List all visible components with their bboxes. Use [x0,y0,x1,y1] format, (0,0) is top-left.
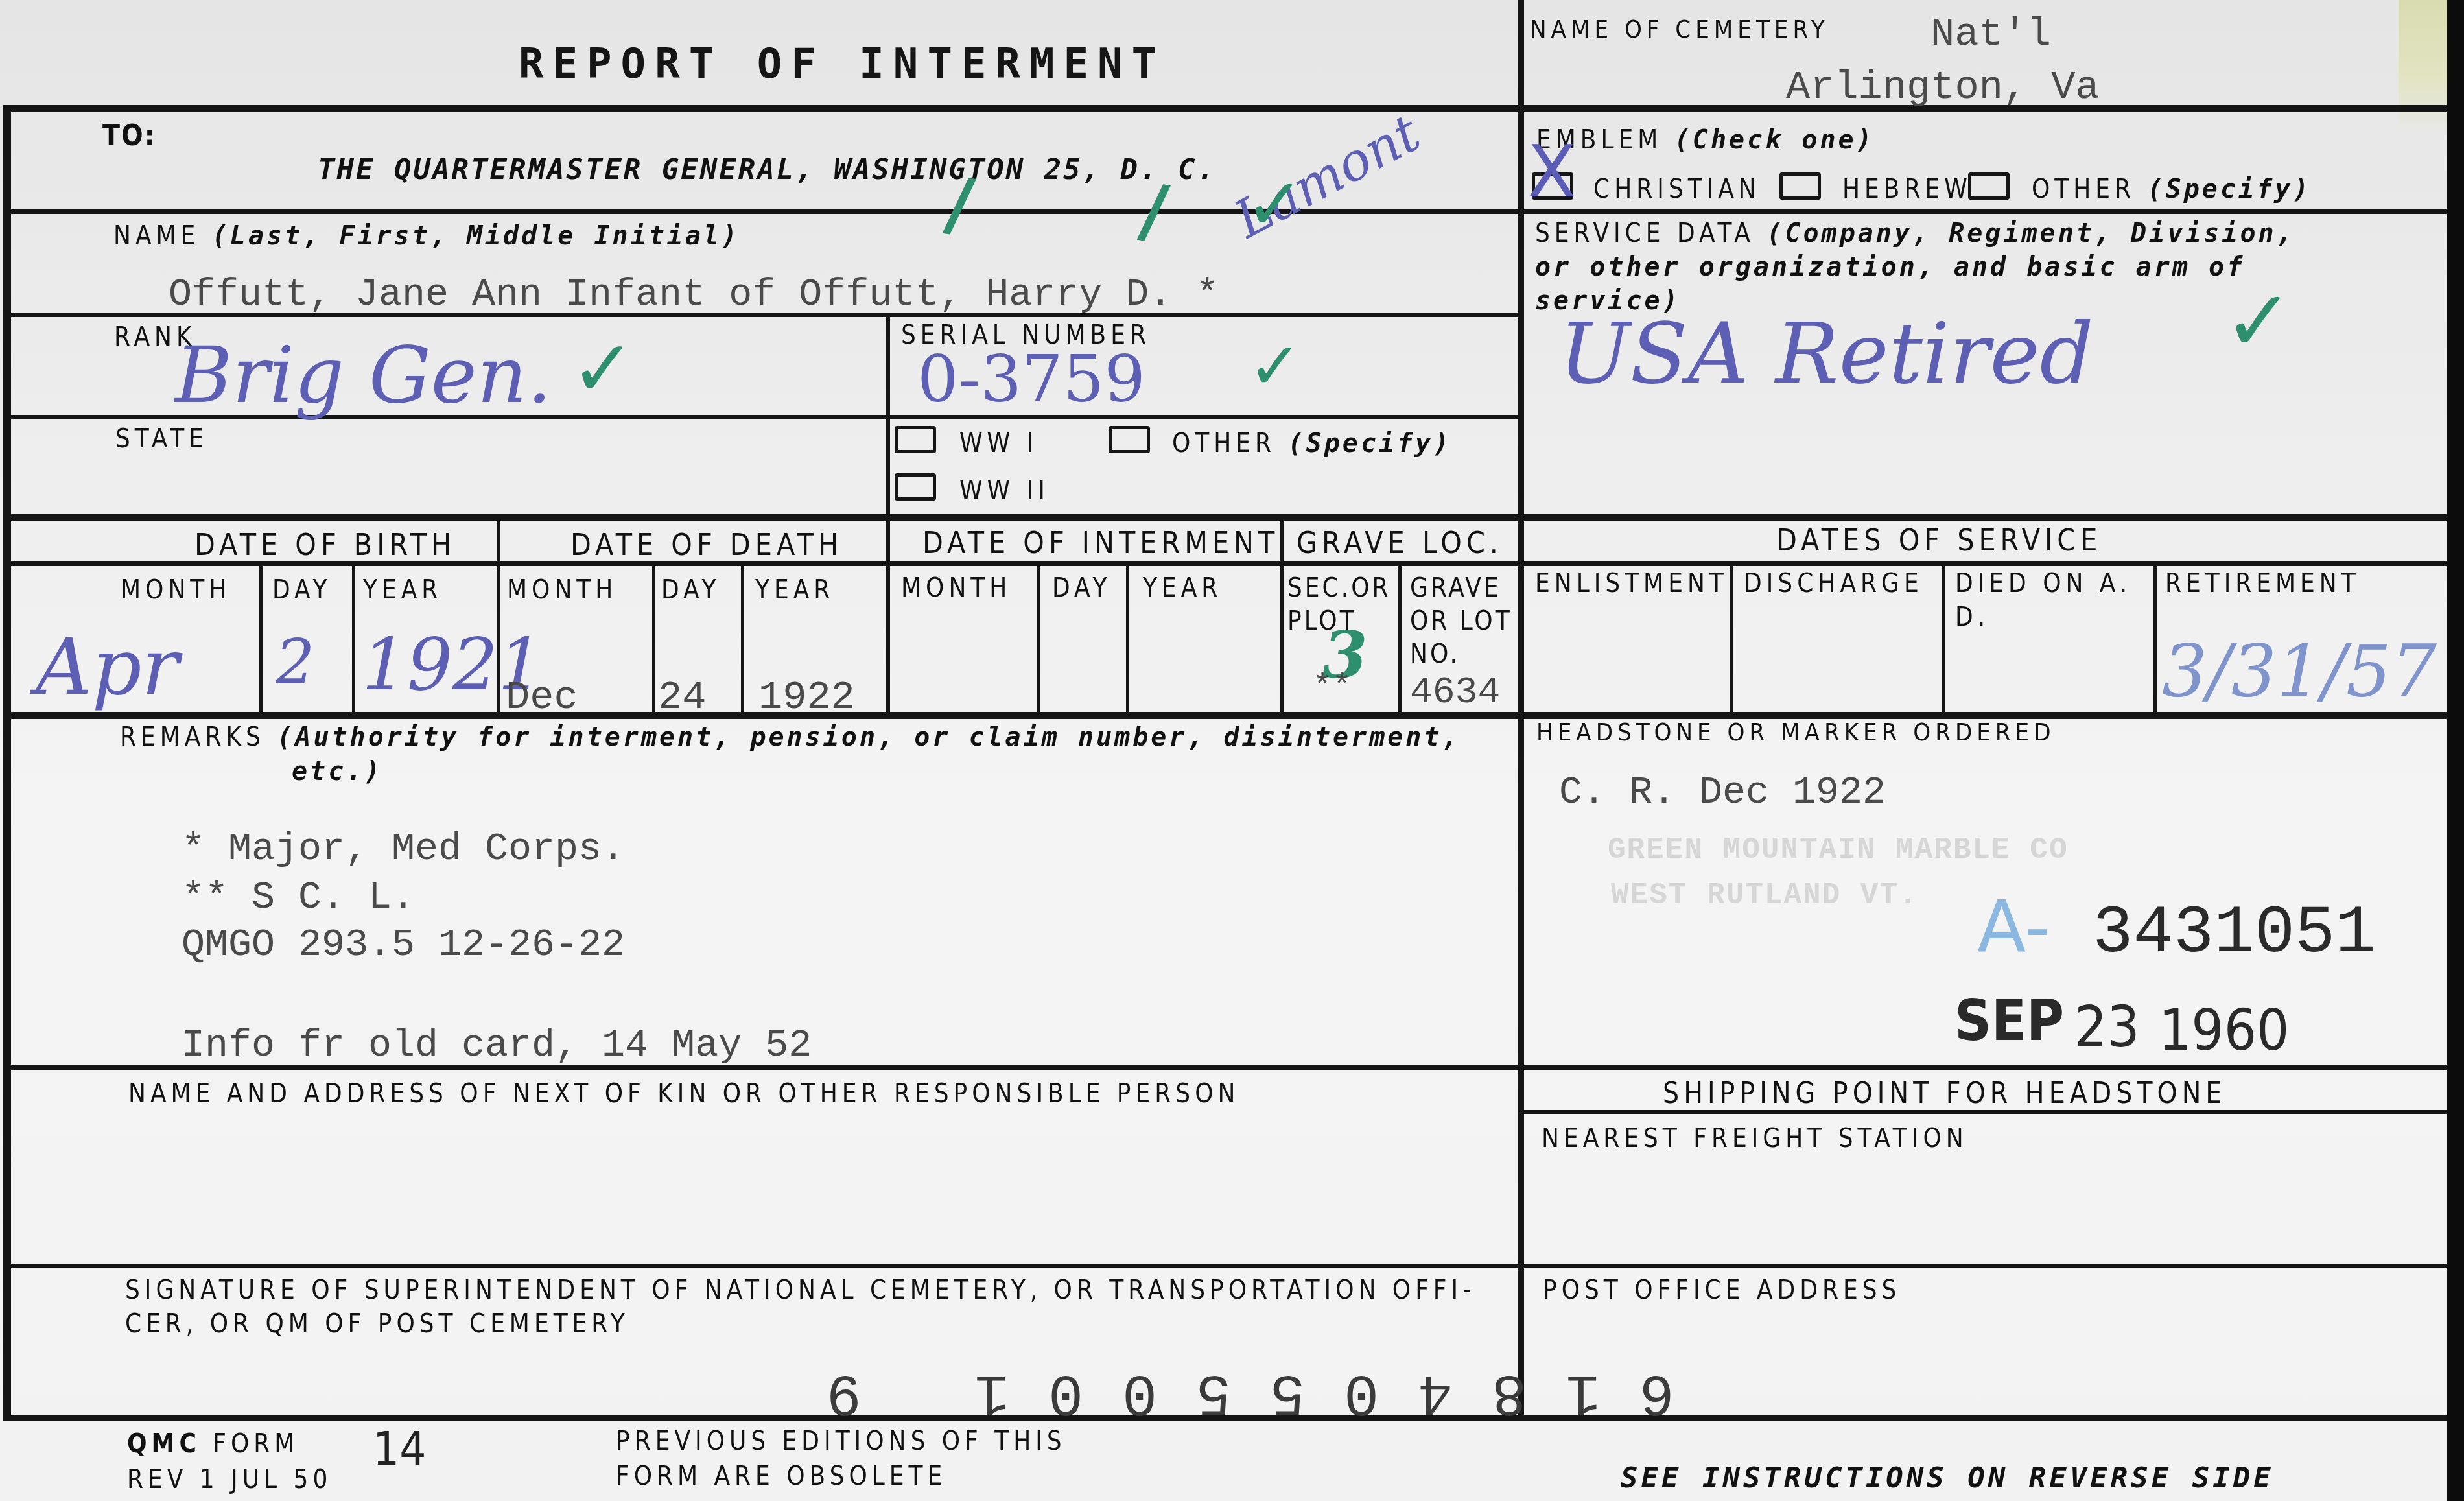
date-of-death-header: DATE OF DEATH [570,530,843,560]
rule [1942,563,1945,715]
rule [1126,563,1129,715]
rule [3,209,2447,214]
date-of-interment-header: DATE OF INTERMENT [922,528,1279,558]
cemetery-label: NAME OF CEMETERY [1530,17,1829,41]
emblem-label: EMBLEM (Check one) [1536,127,1875,153]
faint-stamp-line1: GREEN MOUNTAIN MARBLE CO [1608,833,2069,867]
dob-month-label: MONTH [121,577,231,603]
inverted-stamp-number: 6184055001 9 [788,1358,1674,1424]
war-other-note: (Specify) [1288,429,1452,458]
headstone-label: HEADSTONE OR MARKER ORDERED [1536,720,2056,744]
form-title: REPORT OF INTERMENT [519,40,1166,88]
rule [3,514,2447,521]
emblem-christian-label: CHRISTIAN [1593,176,1761,202]
rule [1521,1110,2447,1114]
discharge-label: DISCHARGE [1744,571,1923,597]
check-mark: ✓ [1245,169,1304,240]
freight-station-label: NEAREST FREIGHT STATION [1542,1126,1968,1152]
emblem-hebrew-label: HEBREW [1842,176,1972,202]
obsolete-line2: FORM ARE OBSOLETE [616,1463,946,1489]
signature-label-line2: CER, OR QM OF POST CEMETERY [125,1311,629,1337]
dod-month-value[interactable]: Dec [506,678,578,718]
rule [886,517,890,715]
dob-day-value[interactable]: 2 [276,632,314,694]
remarks-label-note-2: etc.) [292,759,382,785]
rule [3,561,2447,566]
dob-month-value[interactable]: Apr [36,629,179,707]
emblem-other-label: OTHER (Specify) [2032,176,2311,202]
headstone-value[interactable]: C. R. Dec 1922 [1559,774,1886,812]
rule [652,563,655,715]
next-of-kin-label: NAME AND ADDRESS OF NEXT OF KIN OR OTHER… [128,1081,1239,1107]
signature-label-line1: SIGNATURE OF SUPERINTENDENT OF NATIONAL … [125,1277,1475,1303]
grave-lot-value[interactable]: 4634 [1410,674,1500,712]
war-other-checkbox[interactable] [1109,426,1150,453]
rule [3,105,11,1421]
war-other-text: OTHER [1172,429,1276,458]
rule [2153,563,2157,715]
emblem-hebrew-checkbox[interactable] [1779,172,1821,200]
to-label: TO: [102,122,156,150]
check-mark: ✓ [1248,334,1302,399]
grave-sec-prefix: ** [1313,671,1352,703]
remarks-line[interactable]: Info fr old card, 14 May 52 [182,1026,812,1065]
dod-year-label: YEAR [755,577,834,603]
check-mark: ✓ [2223,279,2294,363]
enlistment-label: ENLISTMENT [1535,571,1728,597]
rule [1398,563,1402,715]
shipping-header: SHIPPING POINT FOR HEADSTONE [1663,1080,2226,1108]
check-mark: ✓ [570,331,636,408]
to-value: THE QUARTERMASTER GENERAL, WASHINGTON 25… [318,156,1216,184]
remarks-line[interactable]: * Major, Med Corps. [182,830,625,869]
remarks-line[interactable]: QMGO 293.5 12-26-22 [182,926,625,965]
service-data-value[interactable]: USA Retired [1559,311,2094,396]
dates-of-service-header: DATES OF SERVICE [1776,525,2102,555]
remarks-label-note-1: (Authority for interment, pension, or cl… [277,722,1460,752]
date-stamp-day: 23 [2074,999,2140,1056]
order-number[interactable]: 3431051 [2093,900,2376,967]
rule [3,712,2447,719]
state-label: STATE [115,426,208,452]
dod-day-value[interactable]: 24 [658,678,706,718]
rule [3,1264,2447,1268]
form-id-line1: QMC FORM [127,1431,299,1457]
cemetery-value-line2[interactable]: Arlington, Va [1786,67,2100,108]
date-stamp-month: SEP [1954,992,2064,1049]
form-id-qmc: QMC [127,1429,201,1459]
rule [886,313,890,520]
dob-day-label: DAY [272,577,332,603]
doi-year-label: YEAR [1143,575,1222,601]
form-id-line2: REV 1 JUL 50 [127,1467,332,1493]
rule [259,563,263,715]
retirement-value[interactable]: 3/31/57 [2162,635,2437,707]
grave-lot-label-1: GRAVE [1410,575,1501,601]
emblem-label-note: (Check one) [1674,125,1875,155]
see-instructions: SEE INSTRUCTIONS ON REVERSE SIDE [1621,1464,2274,1493]
cemetery-value-line1[interactable]: Nat'l [1930,14,2051,54]
name-value[interactable]: Offutt, Jane Ann Infant of Offutt, Harry… [169,276,1219,314]
faint-stamp-line2: WEST RUTLAND VT. [1611,879,1918,912]
emblem-other-checkbox[interactable] [1968,172,2010,200]
war-ww2-label: WW II [959,478,1050,504]
doi-month-label: MONTH [901,575,1011,601]
form-number: 14 [373,1425,426,1472]
serial-number-value[interactable]: 0-3759 [917,347,1145,412]
rule [741,563,744,715]
war-ww2-checkbox[interactable] [895,473,936,501]
service-data-note-1: (Company, Regiment, Division, [1766,219,2294,248]
war-other-label: OTHER (Specify) [1172,431,1451,456]
remarks-line[interactable]: ** S C. L. [182,879,415,917]
retirement-label: RETIREMENT [2165,571,2360,597]
rule [1730,563,1733,715]
name-label: NAME (Last, First, Middle Initial) [113,223,740,249]
rank-value[interactable]: Brig Gen. [175,337,552,415]
dod-month-label: MONTH [507,577,617,603]
date-of-birth-header: DATE OF BIRTH [194,530,456,560]
war-ww1-label: WW I [959,431,1038,456]
emblem-check-mark: X [1527,136,1576,207]
war-ww1-checkbox[interactable] [895,426,936,453]
died-on-ad-label-1: DIED ON A. [1955,571,2131,597]
rule [352,563,355,715]
name-label-text: NAME [113,221,200,251]
obsolete-line1: PREVIOUS EDITIONS OF THIS [616,1428,1066,1454]
form-id-form: FORM [213,1429,299,1459]
interment-card: REPORT OF INTERMENT NAME OF CEMETERY Nat… [0,0,2447,1501]
doi-day-label: DAY [1052,575,1112,601]
remarks-label-text: REMARKS [120,722,265,752]
rule [1280,517,1284,715]
name-label-note: (Last, First, Middle Initial) [212,221,740,251]
died-on-ad-label-2: D. [1955,604,1989,630]
date-stamp-year: 1960 [2159,1002,2289,1059]
grave-lot-label-3: NO. [1410,641,1460,667]
dod-year-value[interactable]: 1922 [758,678,855,718]
service-data-label: SERVICE DATA (Company, Regiment, Divisio… [1535,220,2295,246]
emblem-other-text: OTHER [2032,174,2135,204]
order-prefix: A- [1977,892,2050,963]
rule [1518,0,1524,1421]
remarks-label: REMARKS (Authority for interment, pensio… [120,724,1461,750]
grave-sec-label-1: SEC.OR [1287,575,1390,601]
rule [1037,563,1040,715]
service-data-label-text: SERVICE DATA [1535,219,1755,248]
emblem-other-note: (Specify) [2148,174,2312,204]
service-data-note-2: or other organization, and basic arm of [1535,254,2245,280]
grave-lot-label-2: OR LOT [1410,608,1512,634]
grave-loc-header: GRAVE LOC. [1297,528,1503,558]
post-office-label: POST OFFICE ADDRESS [1543,1277,1901,1303]
dod-day-label: DAY [661,577,721,603]
dob-year-label: YEAR [363,577,442,603]
